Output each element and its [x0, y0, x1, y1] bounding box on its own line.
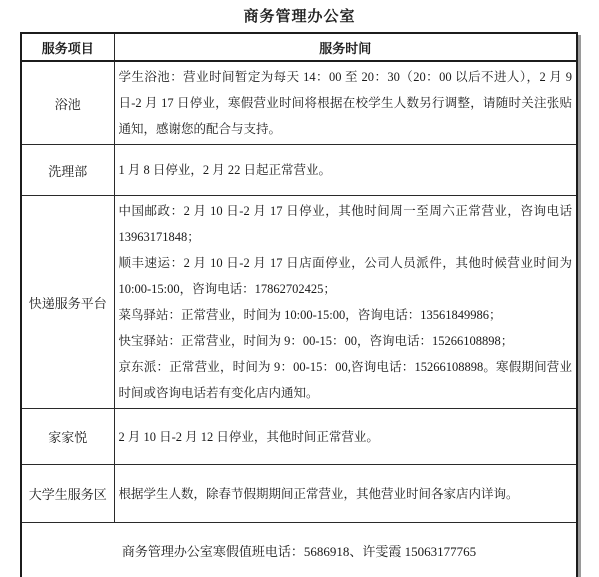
service-hours-cell: 2 月 10 日-2 月 12 日停业，其他时间正常营业。	[114, 409, 577, 465]
service-hours-cell: 根据学生人数，除春节假期期间正常营业，其他营业时间各家店内详询。	[114, 465, 577, 523]
service-hours-paragraph: 1 月 8 日停业，2 月 22 日起正常营业。	[119, 157, 573, 183]
service-hours-paragraph: 学生浴池：营业时间暂定为每天 14：00 至 20：30（20：00 以后不进人…	[119, 64, 573, 142]
table-row: 浴池学生浴池：营业时间暂定为每天 14：00 至 20：30（20：00 以后不…	[21, 61, 577, 145]
service-hours-paragraph: 2 月 10 日-2 月 12 日停业，其他时间正常营业。	[119, 424, 573, 450]
service-name-cell: 洗理部	[21, 145, 114, 196]
service-hours-table: 服务项目 服务时间 浴池学生浴池：营业时间暂定为每天 14：00 至 20：30…	[20, 32, 578, 577]
document-page: 商务管理办公室 服务项目 服务时间 浴池学生浴池：营业时间暂定为每天 14：00…	[0, 0, 599, 577]
table-row: 洗理部1 月 8 日停业，2 月 22 日起正常营业。	[21, 145, 577, 196]
service-hours-paragraph: 顺丰速运：2 月 10 日-2 月 17 日店面停业，公司人员派件，其他时候营业…	[119, 250, 573, 302]
duty-phone-note: 商务管理办公室寒假值班电话：5686918、许雯霞 15063177765	[21, 523, 577, 577]
service-hours-paragraph: 快宝驿站：正常营业，时间为 9：00-15：00，咨询电话：1526610889…	[119, 328, 573, 354]
column-header-service: 服务项目	[21, 33, 114, 61]
table-row: 大学生服务区根据学生人数，除春节假期期间正常营业，其他营业时间各家店内详询。	[21, 465, 577, 523]
service-name-cell: 浴池	[21, 61, 114, 145]
service-hours-paragraph: 根据学生人数，除春节假期期间正常营业，其他营业时间各家店内详询。	[119, 481, 573, 507]
table-row: 快递服务平台中国邮政：2 月 10 日-2 月 17 日停业，其他时间周一至周六…	[21, 196, 577, 409]
service-hours-cell: 学生浴池：营业时间暂定为每天 14：00 至 20：30（20：00 以后不进人…	[114, 61, 577, 145]
service-name-cell: 快递服务平台	[21, 196, 114, 409]
column-header-hours: 服务时间	[114, 33, 577, 61]
service-hours-paragraph: 菜鸟驿站：正常营业，时间为 10:00-15:00，咨询电话：135618499…	[119, 302, 573, 328]
table-row: 家家悦2 月 10 日-2 月 12 日停业，其他时间正常营业。	[21, 409, 577, 465]
service-hours-cell: 1 月 8 日停业，2 月 22 日起正常营业。	[114, 145, 577, 196]
service-hours-paragraph: 京东派：正常营业，时间为 9：00-15：00,咨询电话：15266108898…	[119, 354, 573, 406]
table-header-row: 服务项目 服务时间	[21, 33, 577, 61]
table-footer-row: 商务管理办公室寒假值班电话：5686918、许雯霞 15063177765	[21, 523, 577, 577]
service-name-cell: 家家悦	[21, 409, 114, 465]
service-hours-paragraph: 中国邮政：2 月 10 日-2 月 17 日停业，其他时间周一至周六正常营业，咨…	[119, 198, 573, 250]
service-rows: 浴池学生浴池：营业时间暂定为每天 14：00 至 20：30（20：00 以后不…	[21, 61, 577, 523]
page-title: 商务管理办公室	[0, 5, 599, 26]
service-hours-cell: 中国邮政：2 月 10 日-2 月 17 日停业，其他时间周一至周六正常营业，咨…	[114, 196, 577, 409]
service-name-cell: 大学生服务区	[21, 465, 114, 523]
